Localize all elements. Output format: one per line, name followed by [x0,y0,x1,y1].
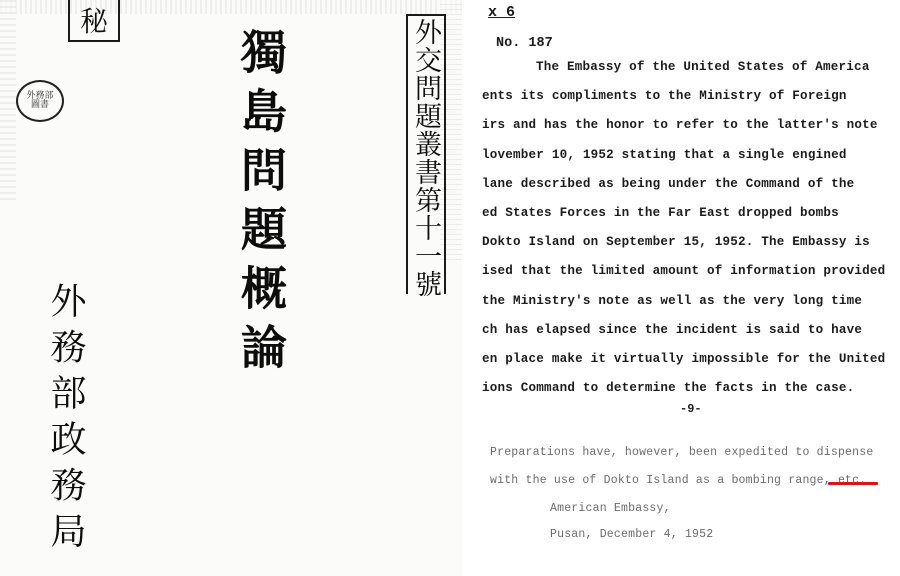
left-page-cover: 秘 外務部圖書 獨島問題概論 外交問題叢書第十一號 外務部政務局 [0,0,462,576]
note-body-line: irs and has the honor to refer to the la… [482,118,878,132]
reference-mark: x 6 [488,4,515,21]
note-body-line: lane described as being under the Comman… [482,177,854,191]
note-body-line: ised that the limited amount of informat… [482,264,885,278]
note-body-line: ed States Forces in the Far East dropped… [482,206,839,220]
page-marker: -9- [680,402,702,416]
right-page-diplomatic-note: x 6 No. 187 The Embassy of the United St… [462,0,900,576]
note-body-line: lovember 10, 1952 stating that a single … [482,148,847,162]
seal-text: 外務部圖書 [25,92,55,110]
library-seal-icon: 外務部圖書 [16,80,64,122]
red-highlight-underline [828,482,878,485]
issuing-office: 外務部政務局 [40,282,91,558]
continuation-line: Preparations have, however, been expedit… [490,446,873,459]
signature-line: Pusan, December 4, 1952 [550,528,713,541]
continuation-line: with the use of Dokto Island as a bombin… [490,474,866,487]
classification-mark-text: 秘 [80,0,108,40]
note-body-line: ents its compliments to the Ministry of … [482,89,847,103]
signature-line: American Embassy, [550,502,671,515]
series-label: 外交問題叢書第十一號 [412,18,439,298]
paper-noise [0,0,16,200]
note-body-line: ions Command to determine the facts in t… [482,381,854,395]
note-body-line: ch has elapsed since the incident is sai… [482,323,862,337]
classification-mark: 秘 [68,0,120,42]
document-title: 獨島問題概論 [228,28,294,382]
note-body-line: the Ministry's note as well as the very … [482,294,862,308]
note-body-line: Dokto Island on September 15, 1952. The … [482,235,870,249]
note-body-line: The Embassy of the United States of Amer… [536,60,870,74]
note-body-line: en place make it virtually impossible fo… [482,352,885,366]
note-number: No. 187 [496,36,553,51]
